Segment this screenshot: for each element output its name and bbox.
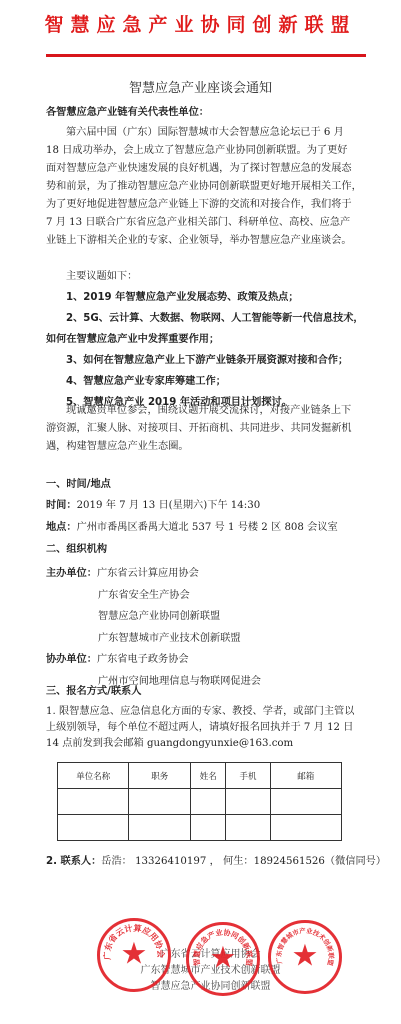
- topic-item: 如何在智慧应急产业中发挥重要作用；: [46, 329, 366, 350]
- topic-item: 2、5G、云计算、大数据、物联网、人工智能等新一代信息技术，: [46, 308, 366, 329]
- intro-line: 为了更好地促进智慧应急产业链上下游的交流和对接合作，我们将于: [46, 196, 366, 214]
- column-header: 姓名: [191, 763, 226, 789]
- time-value: 2019 年 7 月 13 日(星期六)下午 14:30: [77, 500, 261, 511]
- instruction-line: 14 点前发到我会邮箱 guangdongyunxie@163.com: [46, 736, 366, 752]
- section-registration-heading: 三、报名方式/联系人: [46, 683, 366, 701]
- time-label: 时间：: [46, 500, 77, 511]
- intro-line: 第六届中国（广东）国际智慧城市大会智慧应急论坛已于 6 月: [46, 124, 366, 142]
- intro-paragraph: 第六届中国（广东）国际智慧城市大会智慧应急论坛已于 6 月 18 日成功举办，会…: [46, 124, 366, 250]
- topic-item: 3、如何在智慧应急产业上下游产业链条开展资源对接和合作；: [46, 350, 366, 371]
- table-cell[interactable]: [58, 789, 129, 815]
- topics-list: 主要议题如下： 1、2019 年智慧应急产业发展态势、政策及热点； 2、5G、云…: [46, 266, 366, 413]
- intro-line: 7 月 13 日联合广东省应急产业相关部门、科研单位、高校、应急产: [46, 214, 366, 232]
- host-item: 智慧应急产业协同创新联盟: [46, 606, 366, 628]
- table-cell[interactable]: [270, 815, 341, 841]
- letterhead-title: 智慧应急产业协同创新联盟: [0, 10, 401, 37]
- time-row: 时间：2019 年 7 月 13 日(星期六)下午 14:30: [46, 497, 366, 515]
- table-header-row: 单位名称 职务 姓名 手机 邮箱: [58, 763, 342, 789]
- column-header: 邮箱: [270, 763, 341, 789]
- intro-line: 业链上下游相关企业的专家、企业领导，举办智慧应急产业座谈会。: [46, 232, 366, 250]
- letterhead-divider: [46, 54, 366, 57]
- registration-form-table: 单位名称 职务 姓名 手机 邮箱: [57, 762, 342, 841]
- intro-line: 势和前景，为了推动智慧应急产业协同创新联盟更好地开展相关工作，: [46, 178, 366, 196]
- table-cell[interactable]: [129, 815, 191, 841]
- organizers-block: 主办单位：广东省云计算应用协会 广东省安全生产协会 智慧应急产业协同创新联盟 广…: [46, 563, 366, 692]
- host-item: 广东省安全生产协会: [46, 585, 366, 607]
- contact-label: 2. 联系人：: [46, 856, 101, 867]
- column-header: 职务: [129, 763, 191, 789]
- instruction-line: 上级别领导，每个单位不超过两人，请填好报名回执并于 7 月 12 日: [46, 720, 366, 736]
- star-icon: ★: [210, 943, 237, 973]
- column-header: 手机: [226, 763, 270, 789]
- section-time-place-heading: 一、时间/地点: [46, 476, 366, 494]
- stamp-cloud-computing-association: 广东省云计算应用协会 ★: [97, 918, 171, 992]
- intro-line: 面对智慧应急产业快速发展的良好机遇，为了探讨智慧应急的发展态: [46, 160, 366, 178]
- table-cell[interactable]: [226, 815, 270, 841]
- table-cell[interactable]: [226, 789, 270, 815]
- host-item: 广东省云计算应用协会: [97, 568, 199, 579]
- column-header: 单位名称: [58, 763, 129, 789]
- place-label: 地点：: [46, 522, 77, 533]
- invite-line: 游资源，汇聚人脉、对接项目、开拓商机、共同进步、共同发掘新机: [46, 420, 366, 438]
- topics-heading: 主要议题如下：: [46, 266, 366, 287]
- salutation: 各智慧应急产业链有关代表性单位：: [46, 104, 366, 122]
- table-cell[interactable]: [191, 815, 226, 841]
- table-row: [58, 815, 342, 841]
- topic-item: 1、2019 年智慧应急产业发展态势、政策及热点；: [46, 287, 366, 308]
- stamp-emergency-alliance: 智慧应急产业协同创新联盟 ★: [186, 922, 260, 996]
- table-cell[interactable]: [270, 789, 341, 815]
- section-organizers-heading: 二、组织机构: [46, 541, 366, 559]
- registration-instructions: 1. 限智慧应急、应急信息化方面的专家、教授、学者，或部门主管以 上级别领导，每…: [46, 704, 366, 752]
- table-row: [58, 789, 342, 815]
- table-cell[interactable]: [191, 789, 226, 815]
- contact-value: 岳浩： 13326410197 ， 何生：18924561526（微信同号）: [101, 856, 386, 867]
- co-host-label: 协办单位：: [46, 654, 97, 665]
- topic-item: 4、智慧应急产业专家库筹建工作；: [46, 371, 366, 392]
- instruction-line: 1. 限智慧应急、应急信息化方面的专家、教授、学者，或部门主管以: [46, 704, 366, 720]
- invite-line: 遇，构建智慧应急产业生态圈。: [46, 438, 366, 456]
- stamp-smart-city-alliance: 广东智慧城市产业技术创新联盟 ★: [268, 920, 342, 994]
- host-item: 广东智慧城市产业技术创新联盟: [46, 628, 366, 650]
- place-row: 地点：广州市番禺区番禺大道北 537 号 1 号楼 2 区 808 会议室: [46, 519, 366, 537]
- host-label: 主办单位：: [46, 568, 97, 579]
- table-cell[interactable]: [58, 815, 129, 841]
- place-value: 广州市番禺区番禺大道北 537 号 1 号楼 2 区 808 会议室: [77, 522, 338, 533]
- table-cell[interactable]: [129, 789, 191, 815]
- invitation-paragraph: 现诚邀贵单位参会，围绕议题开展交流探讨，对接产业链条上下 游资源，汇聚人脉、对接…: [46, 402, 366, 456]
- document-title: 智慧应急产业座谈会通知: [0, 77, 401, 96]
- contact-row: 2. 联系人：岳浩： 13326410197 ， 何生：18924561526（…: [46, 853, 366, 871]
- invite-line: 现诚邀贵单位参会，围绕议题开展交流探讨，对接产业链条上下: [46, 402, 366, 420]
- co-host-item: 广东省电子政务协会: [97, 654, 189, 665]
- intro-line: 18 日成功举办，会上成立了智慧应急产业协同创新联盟。为了更好: [46, 142, 366, 160]
- star-icon: ★: [121, 939, 148, 969]
- star-icon: ★: [292, 941, 319, 971]
